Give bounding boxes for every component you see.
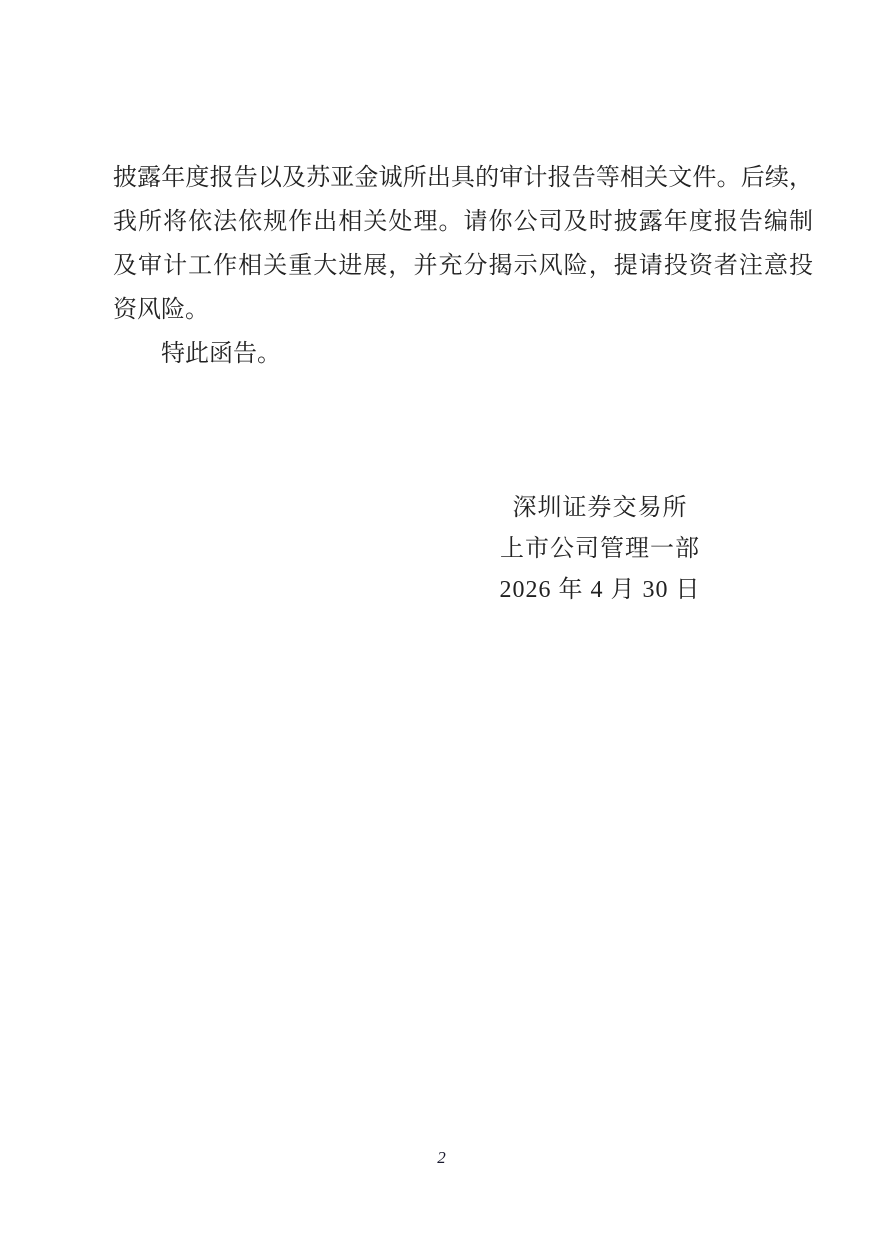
page-number: 2 xyxy=(0,1148,883,1168)
signature-block: 深圳证券交易所 上市公司管理一部 2026 年 4 月 30 日 xyxy=(450,488,750,611)
body-line: 资风险。 xyxy=(113,288,813,332)
body-line: 及审计工作相关重大进展，并充分揭示风险，提请投资者注意投 xyxy=(113,244,813,288)
closing-line: 特此函告。 xyxy=(113,332,813,376)
signature-department: 上市公司管理一部 xyxy=(450,529,750,570)
body-line: 披露年度报告以及苏亚金诚所出具的审计报告等相关文件。后续， xyxy=(113,156,813,200)
signature-date: 2026 年 4 月 30 日 xyxy=(450,570,750,611)
document-page: 披露年度报告以及苏亚金诚所出具的审计报告等相关文件。后续， 我所将依法依规作出相… xyxy=(0,0,883,1235)
body-paragraph: 披露年度报告以及苏亚金诚所出具的审计报告等相关文件。后续， 我所将依法依规作出相… xyxy=(113,156,813,376)
signature-org: 深圳证券交易所 xyxy=(450,488,750,529)
body-line: 我所将依法依规作出相关处理。请你公司及时披露年度报告编制 xyxy=(113,200,813,244)
